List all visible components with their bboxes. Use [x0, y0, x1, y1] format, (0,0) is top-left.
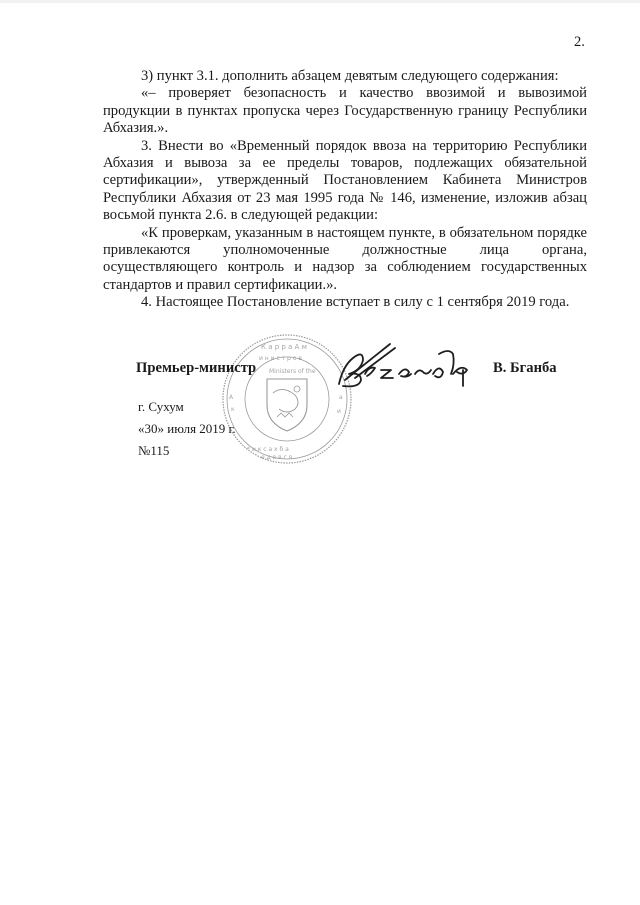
paragraph-item-3-1: 3) пункт 3.1. дополнить абзацем девятым …: [103, 68, 587, 85]
svg-text:а: а: [339, 394, 343, 401]
svg-text:к: к: [231, 406, 235, 413]
svg-text:К а р р а А м: К а р р а А м: [261, 343, 307, 351]
svg-text:и: и: [337, 408, 341, 415]
document-number: №115: [138, 443, 169, 459]
signatory-name: В. Бганба: [493, 360, 557, 377]
paragraph-point-4: 4. Настоящее Постановление вступает в си…: [103, 294, 587, 311]
svg-text:А: А: [229, 394, 234, 401]
svg-text:е д в в с в: е д в в с в: [261, 454, 293, 461]
document-date: «30» июля 2019 г.: [138, 421, 236, 437]
signature-block: Премьер-министр В. Бганба: [136, 360, 586, 384]
paragraph-quote-1: «– проверяет безопасность и качество вво…: [103, 85, 587, 137]
svg-text:* и к с а х б а: * и к с а х б а: [247, 446, 289, 453]
page-number: 2.: [574, 34, 585, 51]
document-body: 3) пункт 3.1. дополнить абзацем девятым …: [103, 68, 587, 312]
scan-edge: [0, 0, 640, 3]
signatory-title: Премьер-министр: [136, 360, 256, 377]
document-place: г. Сухум: [138, 399, 184, 415]
paragraph-point-3: 3. Внести во «Временный порядок ввоза на…: [103, 138, 587, 225]
official-stamp-icon: К а р р а А м и н и с т р о в Ministers …: [221, 333, 353, 465]
paragraph-quote-2: «К проверкам, указанным в настоящем пунк…: [103, 225, 587, 295]
